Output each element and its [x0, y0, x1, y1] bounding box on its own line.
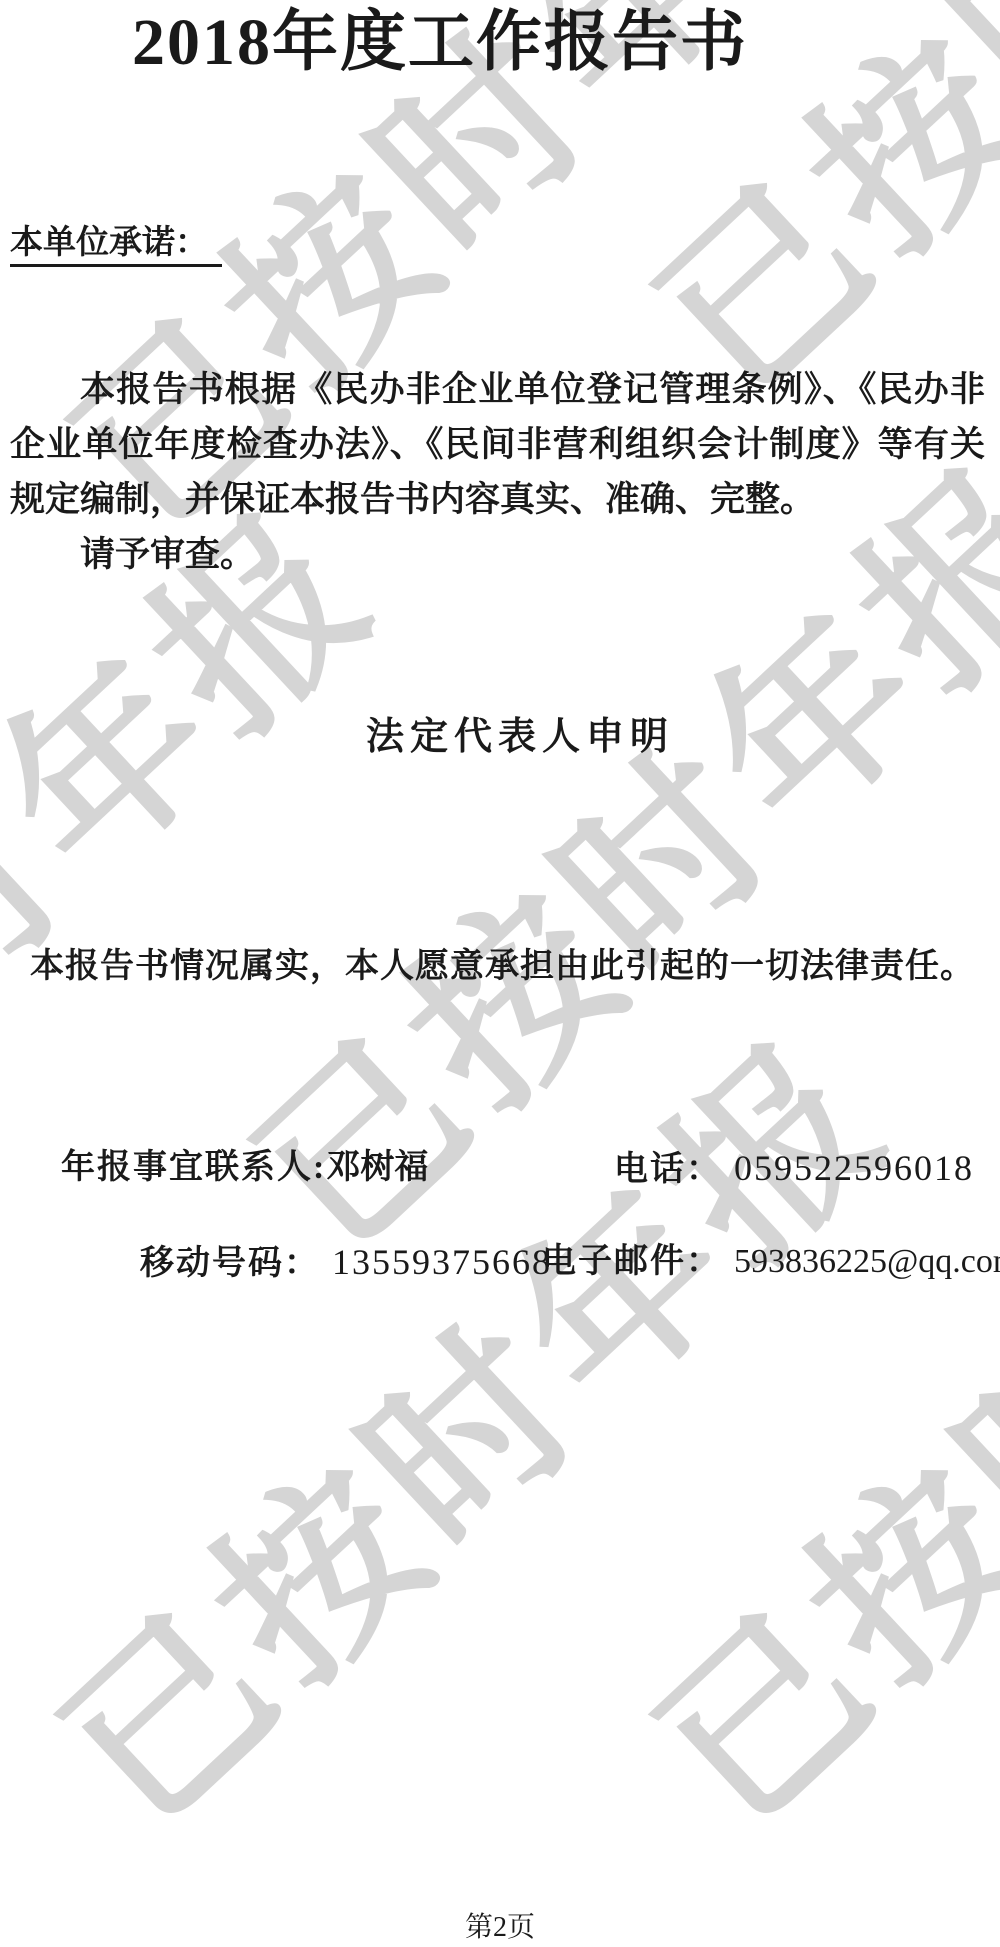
contact-person-name: 邓树福	[326, 1149, 428, 1186]
mobile-value: 13559375668	[332, 1242, 552, 1282]
phone-value: 059522596018	[734, 1148, 974, 1188]
phone-label: 电话：	[614, 1151, 722, 1188]
commitment-heading-row: 本单位承诺：	[10, 224, 222, 262]
commitment-paragraph: 本报告书根据《民办非企业单位登记管理条例》、《民办非企业单位年度检查办法》、《民…	[10, 362, 985, 527]
page-title: 2018年度工作报告书	[0, 6, 880, 80]
mobile-label: 移动号码：	[140, 1245, 320, 1282]
declaration-statement: 本报告书情况属实，本人愿意承担由此引起的一切法律责任。	[30, 946, 975, 988]
email-label: 电子邮件：	[542, 1243, 722, 1280]
report-page: 已按时年报 已按时年报 已按时年报 已按时年报 已按时年报 已按时年报 2018…	[0, 0, 1000, 1947]
commitment-heading: 本单位承诺：	[10, 225, 222, 267]
contact-person-label: 年报事宜联系人:	[61, 1149, 326, 1186]
contact-email-row: 电子邮件：593836225@qq.com	[542, 1240, 1000, 1290]
review-request: 请予审查。	[10, 527, 985, 582]
commitment-body: 本报告书根据《民办非企业单位登记管理条例》、《民办非企业单位年度检查办法》、《民…	[10, 362, 985, 582]
contact-person-row: 年报事宜联系人:邓树福	[61, 1146, 428, 1196]
contact-phone-row: 电话：059522596018	[614, 1146, 974, 1198]
declaration-heading: 法定代表人申明	[40, 714, 1000, 760]
contact-mobile-row: 移动号码：13559375668	[140, 1240, 552, 1292]
document-content: 2018年度工作报告书 本单位承诺： 本报告书根据《民办非企业单位登记管理条例》…	[0, 0, 1000, 1947]
page-number: 第2页	[0, 1911, 1000, 1945]
email-value: 593836225@qq.com	[734, 1243, 1000, 1280]
